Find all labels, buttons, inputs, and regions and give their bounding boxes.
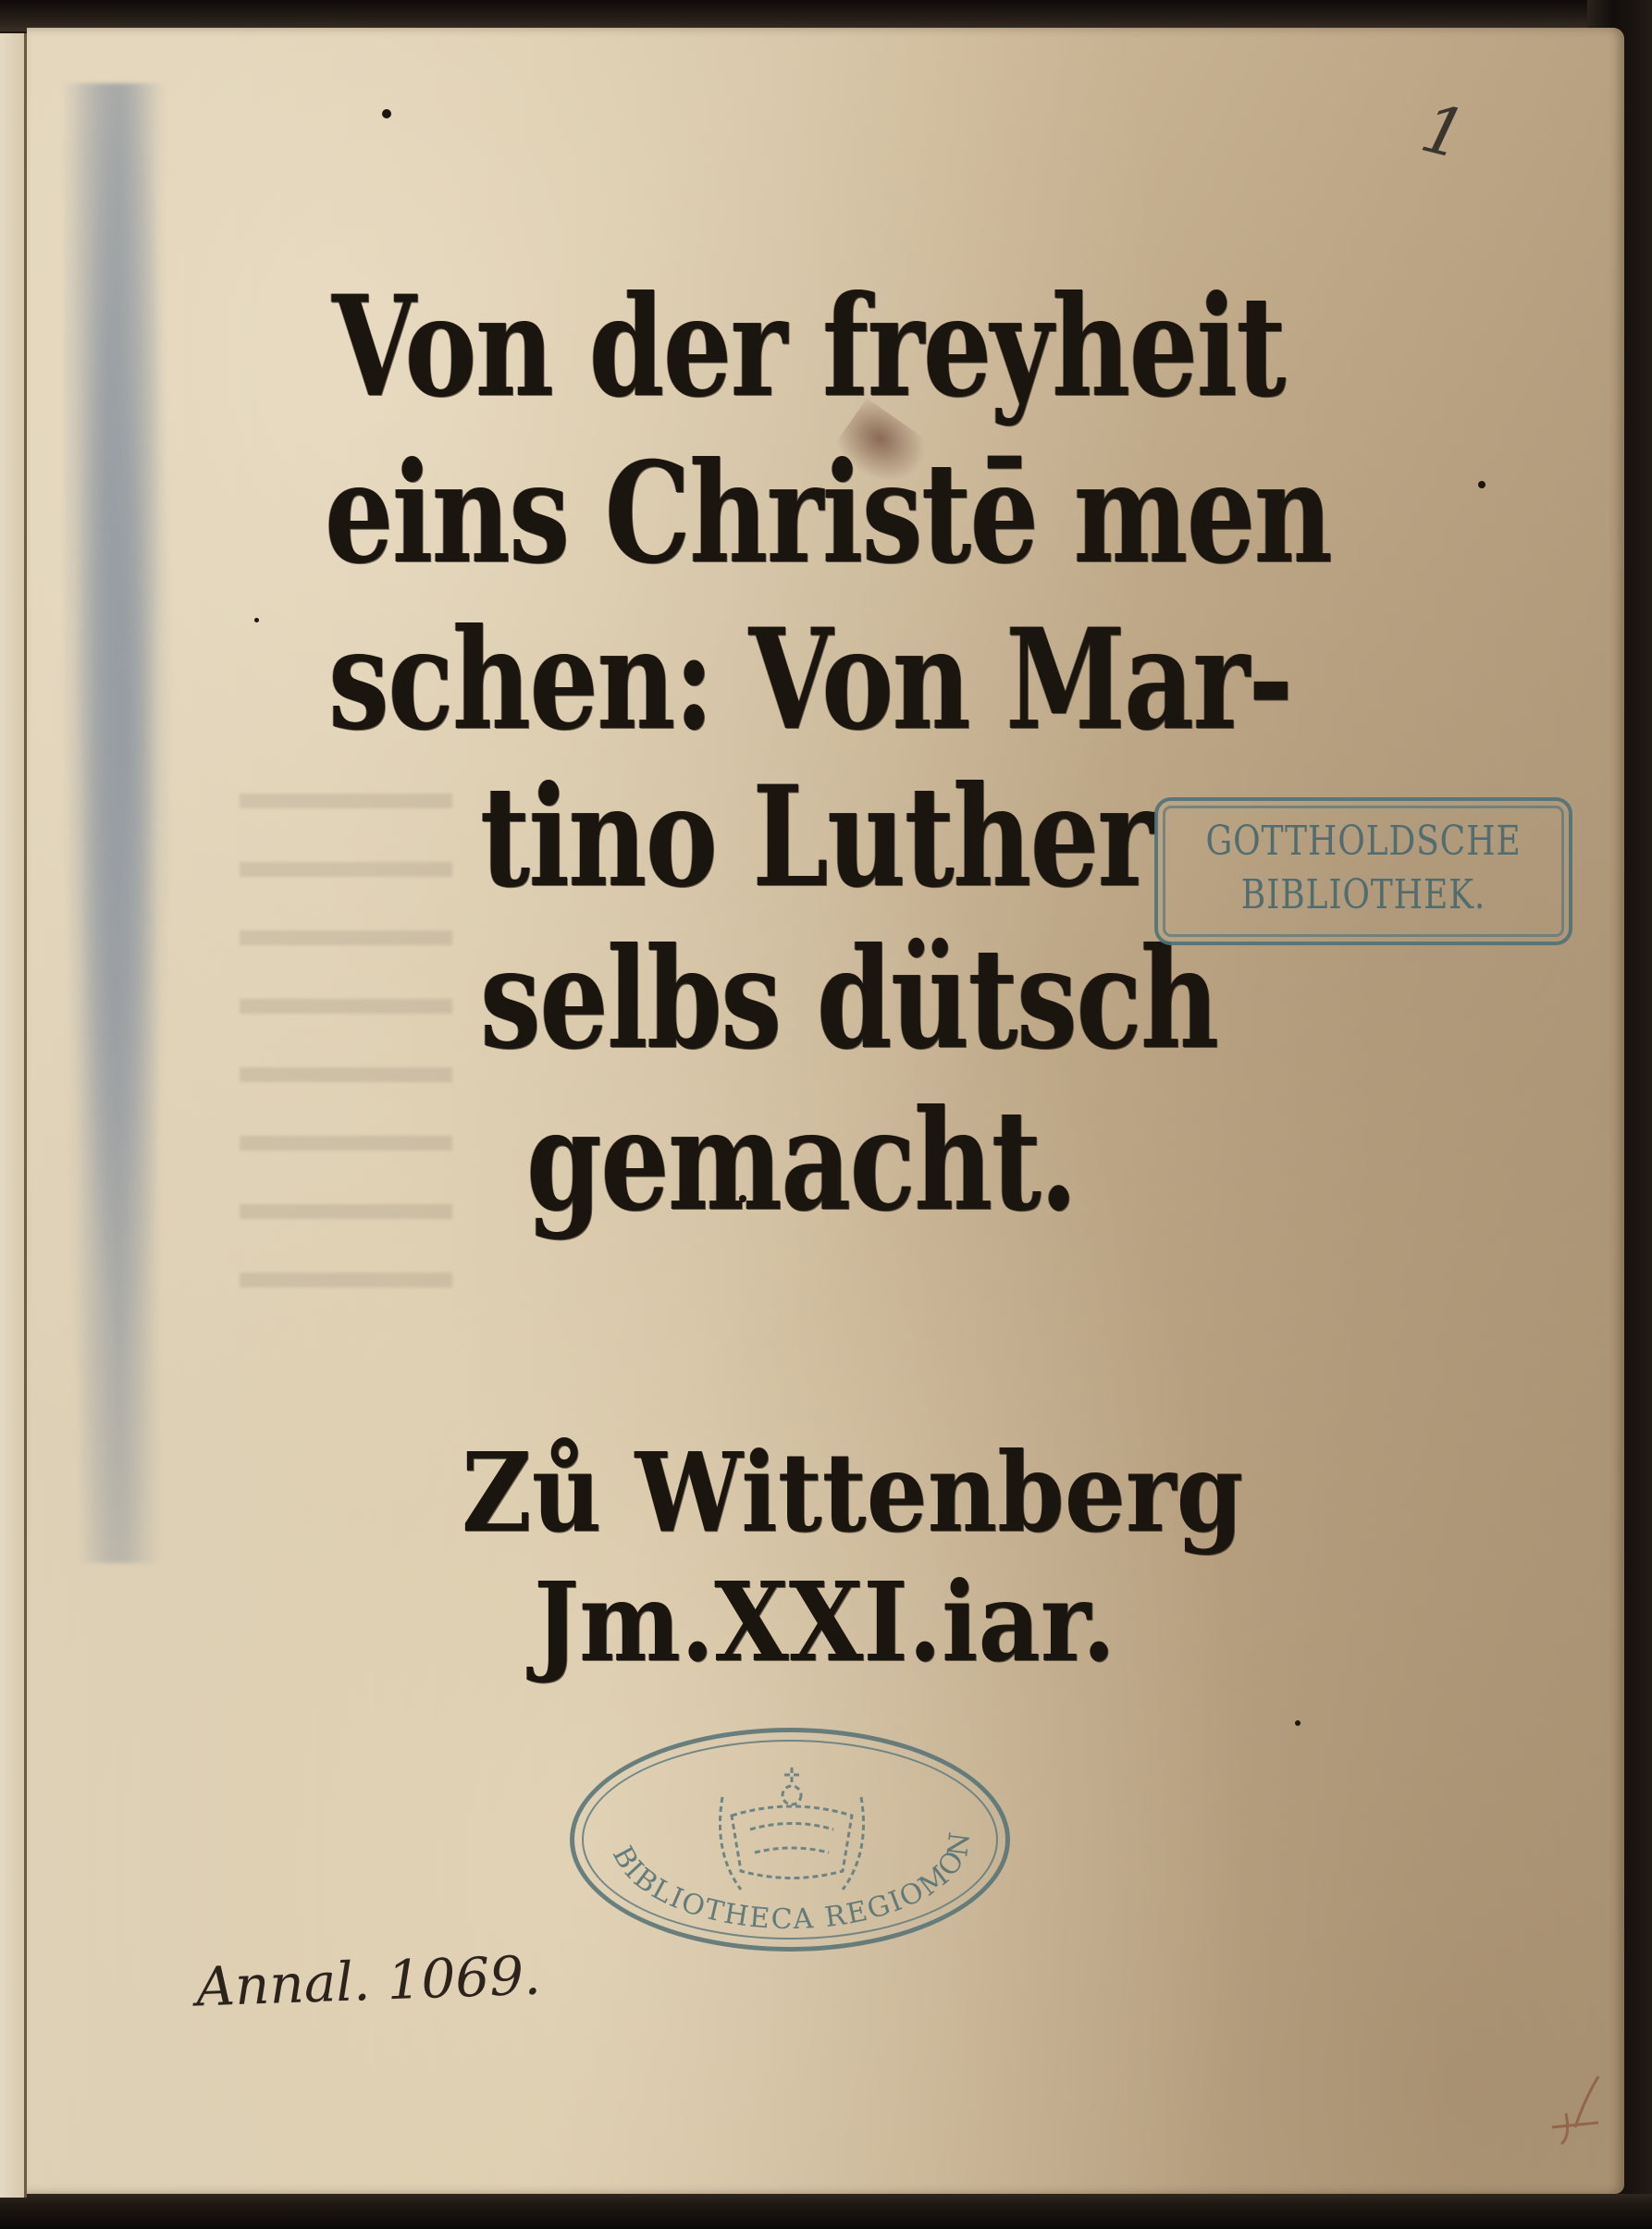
binding-bottom-edge [0, 2194, 1652, 2229]
stamp-line-1: GOTTHOLDSCHE [1195, 821, 1532, 862]
title-line-6: gemacht. [526, 1091, 1076, 1230]
title-line-1: Von der freyheit [332, 277, 1285, 416]
ink-speck [1295, 1720, 1301, 1726]
title-line-2: eins Christē men [325, 444, 1331, 583]
flyleaf-strip [0, 33, 27, 2198]
gutter-stain [64, 83, 175, 1563]
title-line-5: selbs dütsch [480, 930, 1218, 1068]
library-stamp-oval: BIBLIOTHECA REGIOMONTANA [570, 1728, 1010, 1952]
svg-text:BIBLIOTHECA REGIOMONTANA: BIBLIOTHECA REGIOMONTANA [574, 1732, 977, 1936]
stamp-line-2: BIBLIOTHEK. [1195, 875, 1532, 916]
document-scan: Von der freyheit eins Christē men schen:… [0, 0, 1652, 2229]
ink-speck [1478, 481, 1486, 488]
ink-speck [382, 109, 391, 118]
ink-speck [739, 1195, 746, 1202]
corner-pencil-mark-icon [1543, 2072, 1608, 2146]
ink-speck [254, 618, 259, 622]
oval-stamp-text: BIBLIOTHECA REGIOMONTANA [574, 1732, 1005, 1947]
imprint-date: Jm.XXI.iar. [534, 1568, 1116, 1677]
crown-crest-icon [713, 1760, 870, 1908]
imprint-place: Zů Wittenberg [462, 1438, 1243, 1547]
show-through-text [240, 740, 452, 1313]
folio-number: 1 [1414, 89, 1474, 175]
shelfmark-annotation: Annal. 1069. [195, 1944, 542, 2019]
title-line-3: schen: Von Mar- [328, 610, 1292, 749]
binding-top-edge [0, 0, 1652, 31]
library-stamp-rectangular: GOTTHOLDSCHE BIBLIOTHEK. [1154, 797, 1572, 945]
title-page: Von der freyheit eins Christē men schen:… [27, 28, 1624, 2194]
title-line-4: tino Luther [480, 768, 1153, 906]
